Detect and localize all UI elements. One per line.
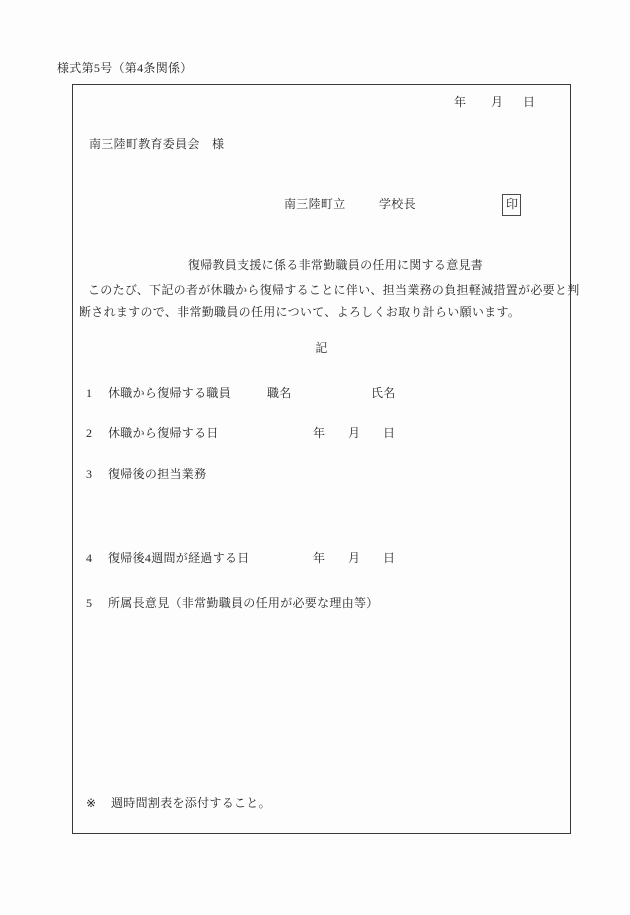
job-title-field-label: 職名 xyxy=(267,386,292,401)
date-month-label: 月 xyxy=(348,551,360,566)
item-label: 復帰後の担当業務 xyxy=(108,467,206,482)
list-item-supervisor-opinion: 5 所属長意見（非常勤職員の任用が必要な理由等） xyxy=(73,596,570,612)
body-paragraph-line-1: このたび、下記の者が休職から復帰することに伴い、担当業務の負担軽減措置が必要と判 xyxy=(88,283,580,298)
document-date-line: 年 月 日 xyxy=(73,95,570,111)
item-number: 1 xyxy=(86,386,92,401)
seal-stamp-box: 印 xyxy=(502,194,521,216)
list-item-four-weeks-date: 4 復帰後4週間が経過する日 年 月 日 xyxy=(73,551,570,567)
item-label: 休職から復帰する職員 xyxy=(108,386,231,401)
date-month-label: 月 xyxy=(491,95,503,110)
item-label: 所属長意見（非常勤職員の任用が必要な理由等） xyxy=(108,596,379,611)
body-paragraph-line-2: 断されますので、非常勤職員の任用について、よろしくお取り計らい願います。 xyxy=(79,305,520,320)
date-year-label: 年 xyxy=(313,426,325,441)
addressee: 南三陸町教育委員会 様 xyxy=(89,137,224,152)
document-border-box: 年 月 日 南三陸町教育委員会 様 南三陸町立 学校長 印 復帰教員支援に係る非… xyxy=(72,84,571,834)
item-number: 3 xyxy=(86,467,92,482)
item-label: 復帰後4週間が経過する日 xyxy=(108,551,250,566)
sender-principal-label: 学校長 xyxy=(379,197,416,212)
list-item-duties-after-return: 3 復帰後の担当業務 xyxy=(73,467,570,483)
item-number: 5 xyxy=(86,596,92,611)
list-item-return-date: 2 休職から復帰する日 年 月 日 xyxy=(73,426,570,442)
document-title: 復帰教員支援に係る非常勤職員の任用に関する意見書 xyxy=(73,258,570,273)
note-text: 週時間割表を添付すること。 xyxy=(111,796,271,811)
date-day-label: 日 xyxy=(383,426,395,441)
sender-school-prefix: 南三陸町立 xyxy=(284,197,346,212)
date-day-label: 日 xyxy=(383,551,395,566)
sender-line: 南三陸町立 学校長 印 xyxy=(73,197,570,213)
item-label: 休職から復帰する日 xyxy=(108,426,219,441)
date-month-label: 月 xyxy=(348,426,360,441)
item-number: 2 xyxy=(86,426,92,441)
attachment-note: ※ 週時間割表を添付すること。 xyxy=(73,796,570,812)
list-item-returning-staff: 1 休職から復帰する職員 職名 氏名 xyxy=(73,386,570,402)
document-page: 様式第5号（第4条関係） 年 月 日 南三陸町教育委員会 様 南三陸町立 学校長… xyxy=(0,0,630,915)
date-year-label: 年 xyxy=(313,551,325,566)
note-marker: ※ xyxy=(86,796,96,811)
date-day-label: 日 xyxy=(523,95,535,110)
record-marker: 記 xyxy=(73,341,570,356)
form-number: 様式第5号（第4条関係） xyxy=(57,61,193,76)
name-field-label: 氏名 xyxy=(371,386,396,401)
item-number: 4 xyxy=(86,551,92,566)
date-year-label: 年 xyxy=(454,95,466,110)
